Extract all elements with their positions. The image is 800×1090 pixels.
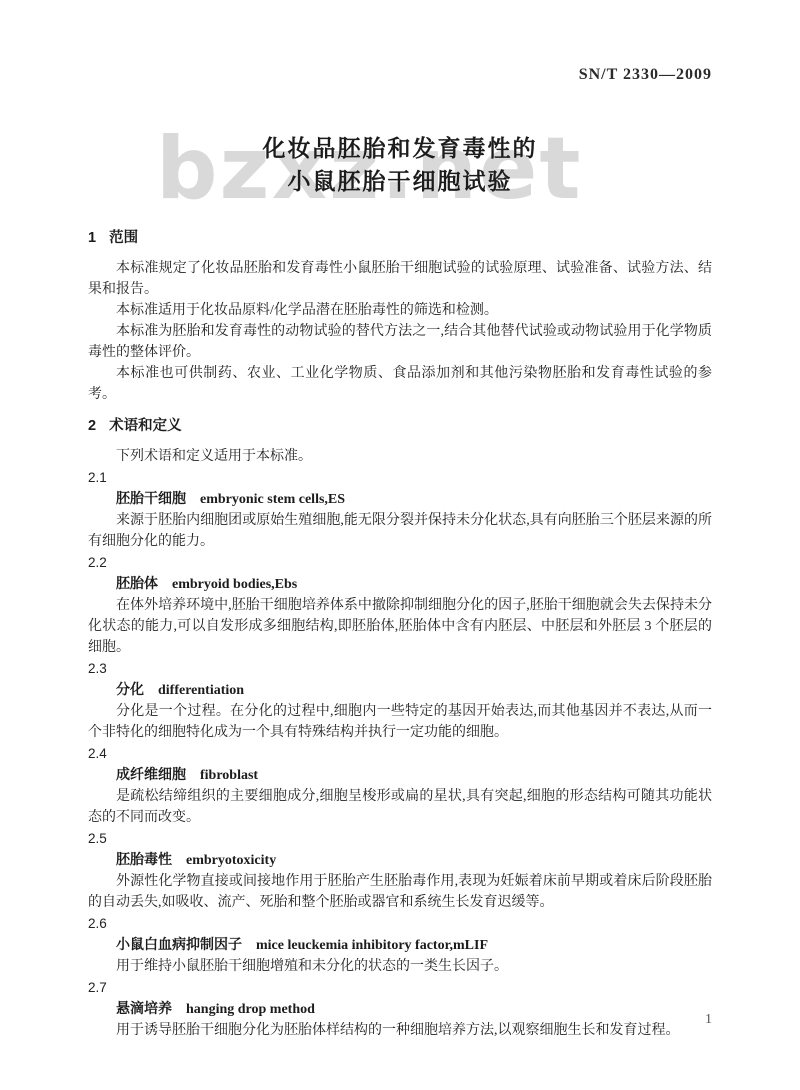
section-1-number: 1 xyxy=(88,230,96,246)
term-name: 分化differentiation xyxy=(88,679,712,701)
term-entry: 2.2 胚胎体embryoid bodies,Ebs 在体外培养环境中,胚胎干细… xyxy=(88,552,712,658)
term-definition: 分化是一个过程。在分化的过程中,细胞内一些特定的基因开始表达,而其他基因并不表达… xyxy=(88,701,712,743)
term-name-zh: 小鼠白血病抑制因子 xyxy=(116,936,242,952)
section-2-title: 术语和定义 xyxy=(109,418,182,434)
term-number: 2.3 xyxy=(88,658,712,679)
term-number: 2.4 xyxy=(88,743,712,764)
term-number: 2.2 xyxy=(88,552,712,573)
term-name-zh: 胚胎体 xyxy=(116,575,158,591)
term-name-en: differentiation xyxy=(158,683,244,698)
section-1-title: 范围 xyxy=(109,230,138,246)
term-definition: 在体外培养环境中,胚胎干细胞培养体系中撤除抑制细胞分化的因子,胚胎干细胞就会失去… xyxy=(88,595,712,658)
term-name-zh: 胚胎毒性 xyxy=(116,851,172,867)
section-1-paragraphs: 本标准规定了化妆品胚胎和发育毒性小鼠胚胎干细胞试验的试验原理、试验准备、试验方法… xyxy=(88,258,712,405)
term-entry: 2.1 胚胎干细胞embryonic stem cells,ES 来源于胚胎内细… xyxy=(88,467,712,552)
standard-code: SN/T 2330—2009 xyxy=(88,66,712,84)
term-entry: 2.7 悬滴培养hanging drop method 用于诱导胚胎干细胞分化为… xyxy=(88,977,712,1041)
term-number: 2.1 xyxy=(88,467,712,488)
paragraph: 本标准也可供制药、农业、工业化学物质、食品添加剂和其他污染物胚胎和发育毒性试验的… xyxy=(88,363,712,405)
section-2-number: 2 xyxy=(88,418,96,434)
term-entry: 2.4 成纤维细胞fibroblast 是疏松结缔组织的主要细胞成分,细胞呈梭形… xyxy=(88,743,712,828)
term-name: 胚胎毒性embryotoxicity xyxy=(88,849,712,871)
term-name-zh: 分化 xyxy=(116,681,144,697)
page-number: 1 xyxy=(88,1012,712,1028)
document-page: SN/T 2330—2009 bzxz.net 化妆品胚胎和发育毒性的 小鼠胚胎… xyxy=(0,0,800,1090)
term-number: 2.7 xyxy=(88,977,712,998)
term-name-en: embryonic stem cells,ES xyxy=(200,492,345,507)
term-name-zh: 成纤维细胞 xyxy=(116,766,186,782)
term-name-en: embryoid bodies,Ebs xyxy=(172,577,297,592)
term-name-zh: 胚胎干细胞 xyxy=(116,490,186,506)
term-entry: 2.6 小鼠白血病抑制因子mice leuckemia inhibitory f… xyxy=(88,913,712,977)
document-title: 化妆品胚胎和发育毒性的 小鼠胚胎干细胞试验 xyxy=(0,132,800,198)
term-name: 胚胎体embryoid bodies,Ebs xyxy=(88,573,712,595)
term-number: 2.5 xyxy=(88,828,712,849)
term-name-en: embryotoxicity xyxy=(186,853,276,868)
term-name-en: mice leuckemia inhibitory factor,mLIF xyxy=(256,938,488,953)
paragraph: 本标准适用于化妆品原料/化学品潜在胚胎毒性的筛选和检测。 xyxy=(88,300,712,321)
term-definition: 用于维持小鼠胚胎干细胞增殖和未分化的状态的一类生长因子。 xyxy=(88,956,712,977)
document-title-line2: 小鼠胚胎干细胞试验 xyxy=(0,165,800,198)
section-2-heading: 2术语和定义 xyxy=(88,416,712,437)
term-entry: 2.5 胚胎毒性embryotoxicity 外源性化学物直接或间接地作用于胚胎… xyxy=(88,828,712,913)
document-title-line1: 化妆品胚胎和发育毒性的 xyxy=(0,132,800,165)
term-name: 小鼠白血病抑制因子mice leuckemia inhibitory facto… xyxy=(88,934,712,956)
term-definition: 外源性化学物直接或间接地作用于胚胎产生胚胎毒作用,表现为妊娠着床前早期或着床后阶… xyxy=(88,871,712,913)
terms-list: 2.1 胚胎干细胞embryonic stem cells,ES 来源于胚胎内细… xyxy=(88,467,712,1041)
term-name-en: fibroblast xyxy=(200,768,258,783)
term-number: 2.6 xyxy=(88,913,712,934)
term-name: 成纤维细胞fibroblast xyxy=(88,764,712,786)
paragraph: 本标准规定了化妆品胚胎和发育毒性小鼠胚胎干细胞试验的试验原理、试验准备、试验方法… xyxy=(88,258,712,300)
section-1-heading: 1范围 xyxy=(88,228,712,249)
term-name: 胚胎干细胞embryonic stem cells,ES xyxy=(88,488,712,510)
term-entry: 2.3 分化differentiation 分化是一个过程。在分化的过程中,细胞… xyxy=(88,658,712,743)
paragraph: 本标准为胚胎和发育毒性的动物试验的替代方法之一,结合其他替代试验或动物试验用于化… xyxy=(88,321,712,363)
term-definition: 是疏松结缔组织的主要细胞成分,细胞呈梭形或扁的星状,具有突起,细胞的形态结构可随… xyxy=(88,786,712,828)
document-body: 1范围 本标准规定了化妆品胚胎和发育毒性小鼠胚胎干细胞试验的试验原理、试验准备、… xyxy=(88,228,712,1041)
term-definition: 来源于胚胎内细胞团或原始生殖细胞,能无限分裂并保持未分化状态,具有向胚胎三个胚层… xyxy=(88,510,712,552)
section-2-intro: 下列术语和定义适用于本标准。 xyxy=(88,446,712,467)
